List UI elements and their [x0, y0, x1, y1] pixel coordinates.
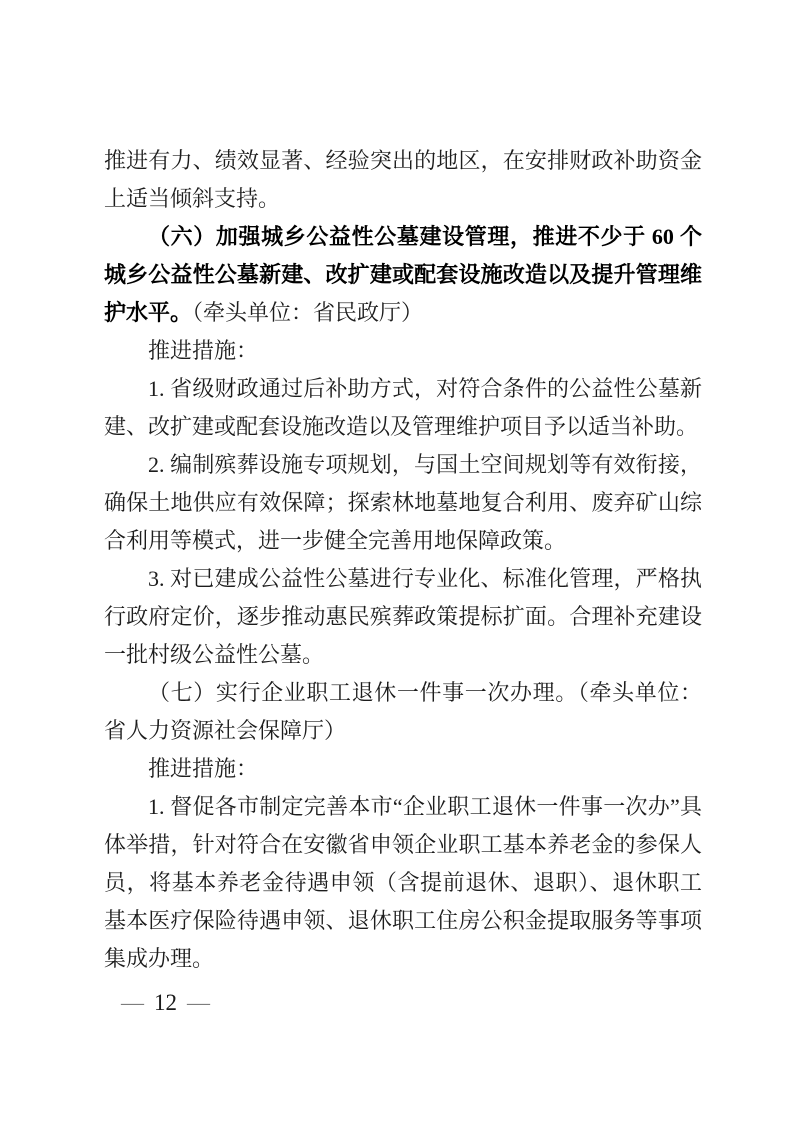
paragraph-section-6-item-1: 1. 省级财政通过后补助方式，对符合条件的公益性公墓新建、改扩建或配套设施改造以… — [104, 370, 702, 446]
paragraph-continuation: 推进有力、绩效显著、经验突出的地区，在安排财政补助资金上适当倾斜支持。 — [104, 142, 702, 218]
text-run: 1. 省级财政通过后补助方式，对符合条件的公益性公墓新建、改扩建或配套设施改造以… — [104, 376, 702, 439]
footer-dash-left: — — [121, 990, 144, 1015]
footer-dash-right: — — [187, 990, 210, 1015]
paragraph-section-7-heading: （七）实行企业职工退休一件事一次办理。（牵头单位：省人力资源社会保障厅） — [104, 674, 702, 750]
paragraph-section-6-item-3: 3. 对已建成公益性公墓进行专业化、标准化管理，严格执行政府定价，逐步推动惠民殡… — [104, 560, 702, 674]
text-run: 2. 编制殡葬设施专项规划，与国土空间规划等有效衔接，确保土地供应有效保障；探索… — [104, 452, 702, 553]
text-run: （七）实行企业职工退休一件事一次办理。（牵头单位：省人力资源社会保障厅） — [104, 680, 702, 743]
text-run: 1. 督促各市制定完善本市“企业职工退休一件事一次办”具体举措，针对符合在安徽省… — [104, 794, 702, 971]
text-run: 推进措施： — [148, 338, 258, 363]
paragraph-section-6-heading: （六）加强城乡公益性公墓建设管理，推进不少于 60 个城乡公益性公墓新建、改扩建… — [104, 218, 702, 332]
document-page: 推进有力、绩效显著、经验突出的地区，在安排财政补助资金上适当倾斜支持。 （六）加… — [0, 0, 793, 1122]
paragraph-section-6-item-2: 2. 编制殡葬设施专项规划，与国土空间规划等有效衔接，确保土地供应有效保障；探索… — [104, 446, 702, 560]
paragraph-measures-label-1: 推进措施： — [104, 332, 702, 370]
page-footer: —12— — [121, 990, 210, 1016]
text-run: 3. 对已建成公益性公墓进行专业化、标准化管理，严格执行政府定价，逐步推动惠民殡… — [104, 566, 702, 667]
lead-unit-run: （牵头单位：省民政厅） — [192, 300, 423, 325]
text-run: 推进措施： — [148, 756, 258, 781]
paragraph-section-7-item-1: 1. 督促各市制定完善本市“企业职工退休一件事一次办”具体举措，针对符合在安徽省… — [104, 788, 702, 978]
footer-page-number: 12 — [154, 990, 177, 1015]
paragraph-measures-label-2: 推进措施： — [104, 750, 702, 788]
text-run: 推进有力、绩效显著、经验突出的地区，在安排财政补助资金上适当倾斜支持。 — [104, 148, 702, 211]
document-body: 推进有力、绩效显著、经验突出的地区，在安排财政补助资金上适当倾斜支持。 （六）加… — [104, 142, 702, 978]
